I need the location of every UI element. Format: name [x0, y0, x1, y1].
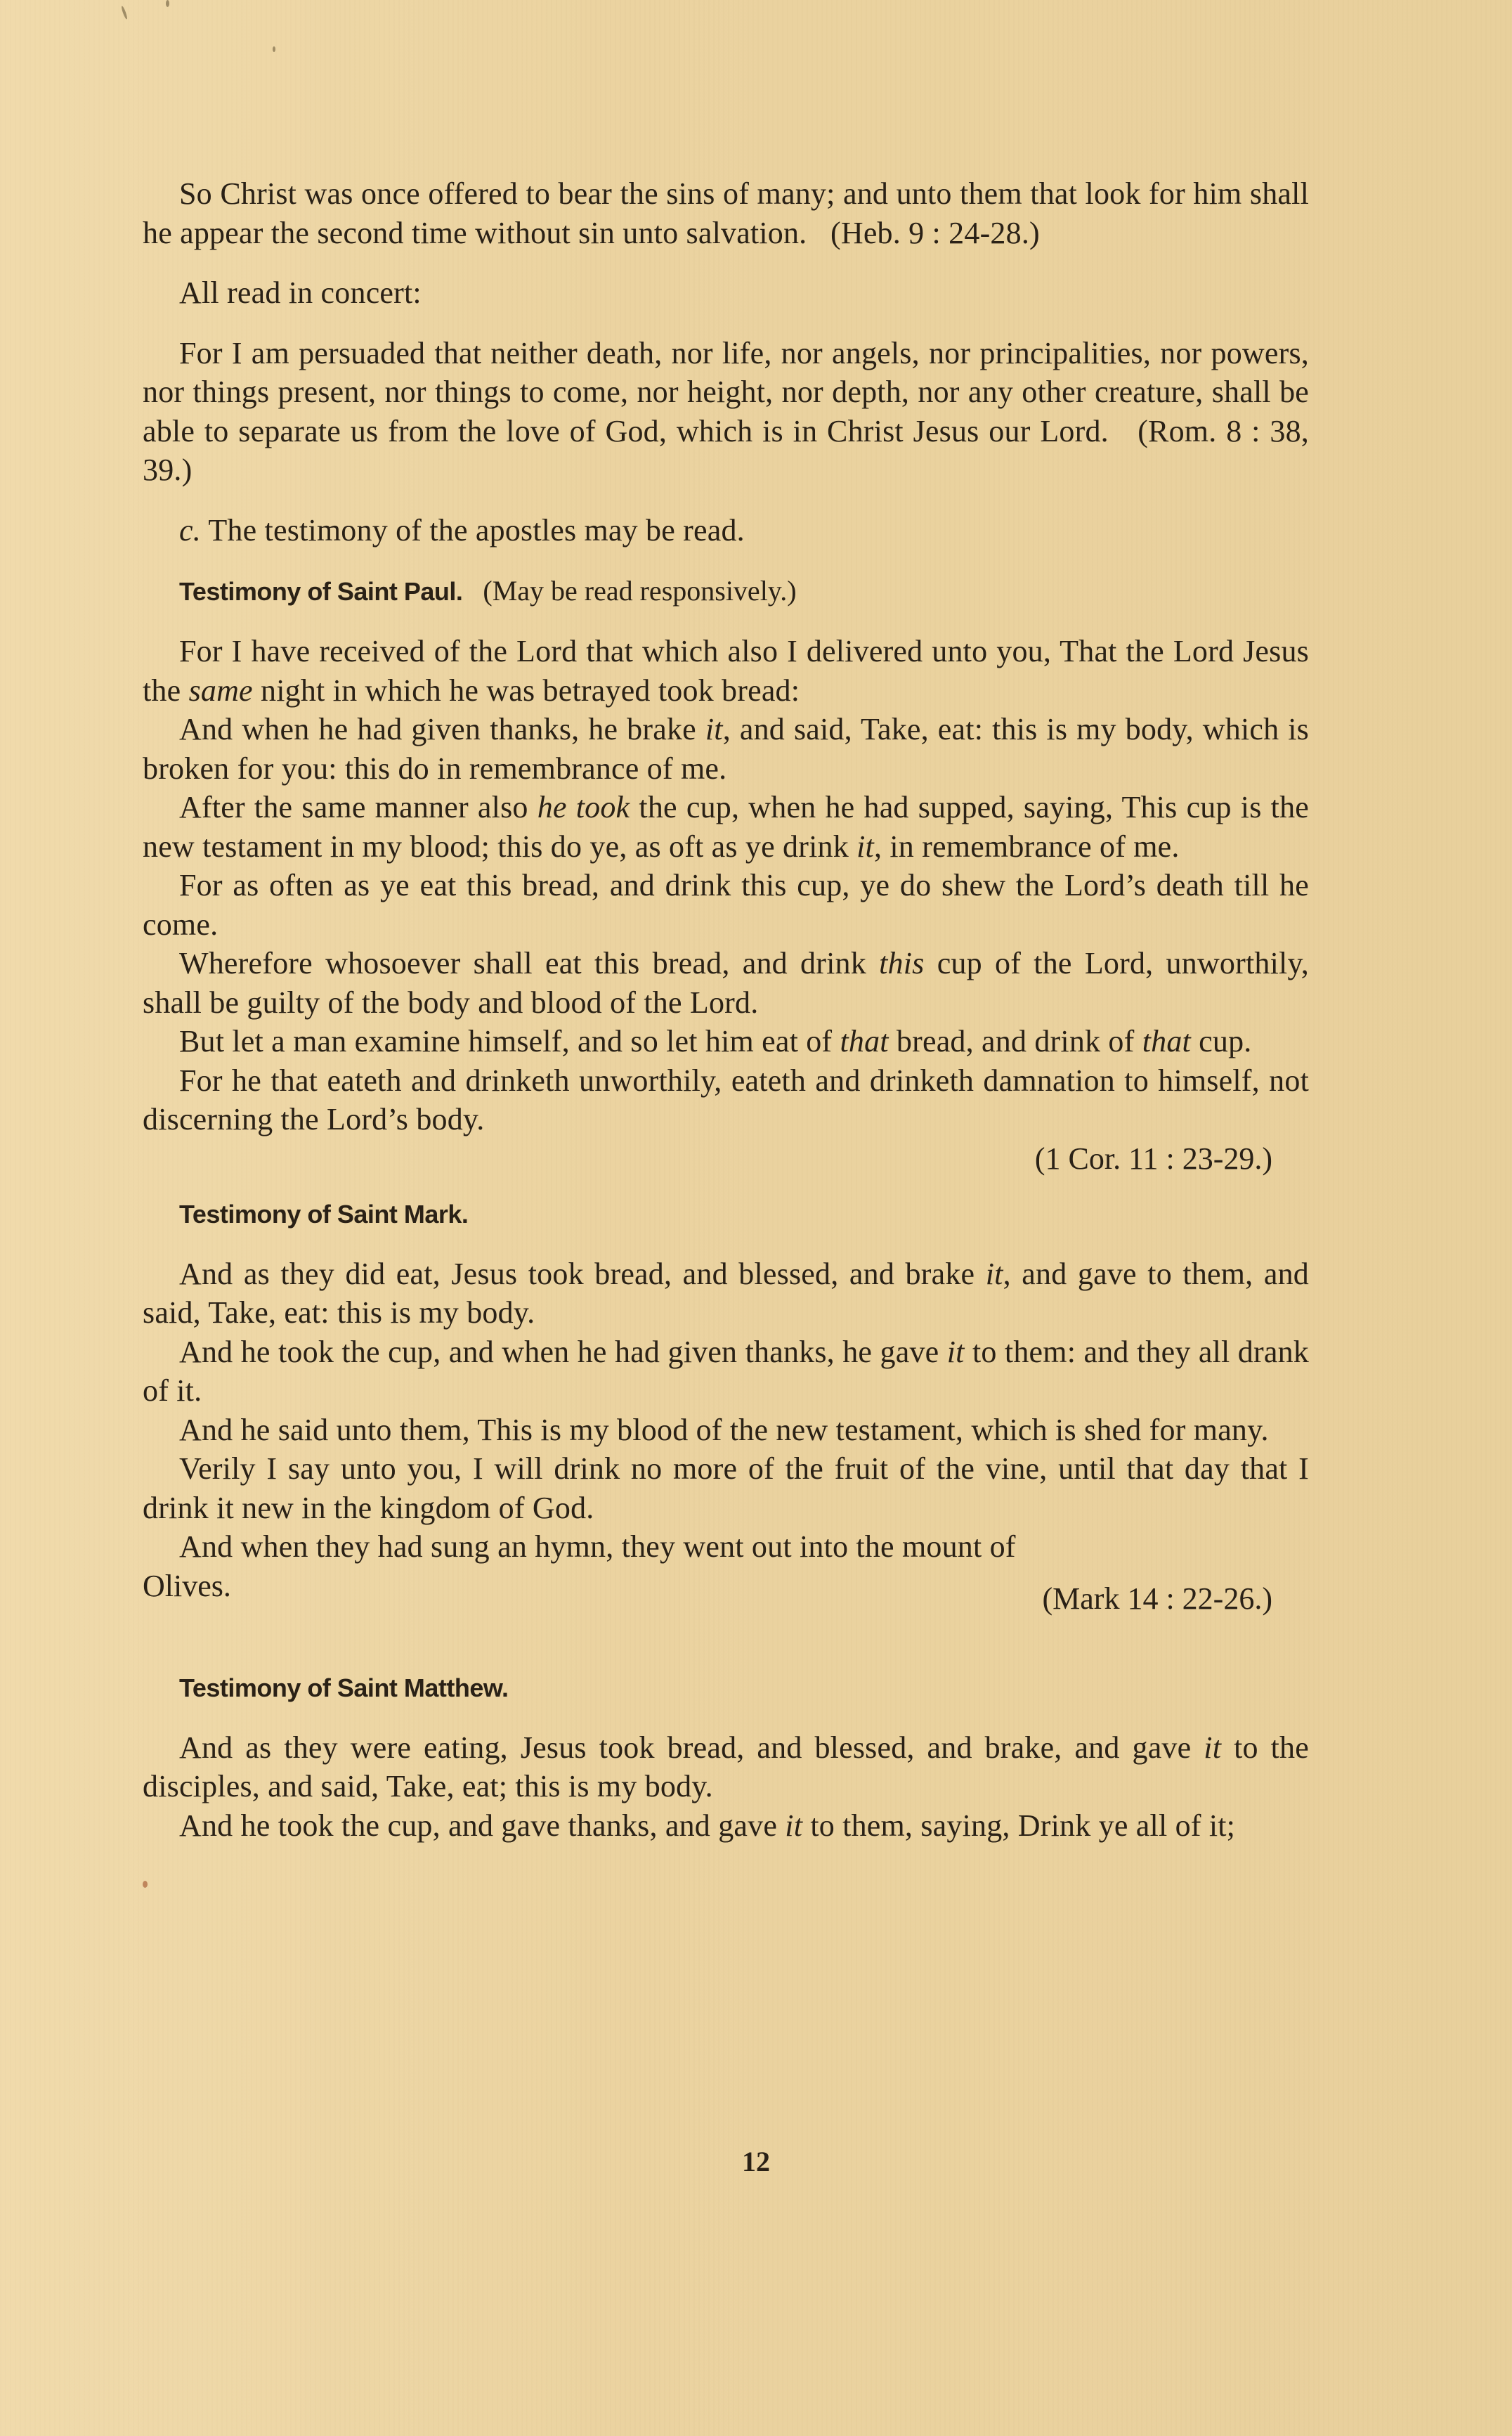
verse-text: night in which he was betrayed took brea… — [253, 673, 800, 708]
verse: And as they did eat, Jesus took bread, a… — [143, 1255, 1309, 1333]
section-heading-note: (May be read responsively.) — [483, 575, 796, 607]
paper-speck — [273, 46, 275, 52]
page-number: 12 — [0, 2145, 1512, 2178]
verse-text: After the same manner also — [179, 790, 537, 824]
verse-list: For I have received of the Lord that whi… — [143, 632, 1309, 1139]
verse-text: to them, saying, Drink ye all of it; — [802, 1808, 1235, 1843]
hebrews-reference: (Heb. 9 : 24-28.) — [830, 216, 1040, 250]
verse-text: And when he had given thanks, he brake — [179, 712, 705, 746]
verse-text: But let a man examine himself, and so le… — [179, 1024, 840, 1058]
verse: For I have received of the Lord that whi… — [143, 632, 1309, 710]
verse-text: cup. — [1191, 1024, 1252, 1058]
section-heading-line: Testimony of Saint Mark. — [179, 1193, 1309, 1233]
italic-word: it — [1204, 1730, 1221, 1765]
verse: For as often as ye eat this bread, and d… — [143, 866, 1309, 944]
verse: And when he had given thanks, he brake i… — [143, 710, 1309, 788]
verse-text: bread, and drink of — [889, 1024, 1142, 1058]
verse-list: And as they were eating, Jesus took brea… — [143, 1728, 1309, 1846]
section-heading: Testimony of Saint Matthew. — [179, 1673, 509, 1702]
section-heading-line: Testimony of Saint Matthew. — [179, 1667, 1309, 1707]
italic-word: it — [785, 1808, 802, 1843]
verse: And when they had sung an hymn, they wen… — [143, 1527, 1309, 1567]
verse-list: And as they did eat, Jesus took bread, a… — [143, 1255, 1309, 1567]
italic-word: it — [856, 829, 874, 864]
verse-text: And he took the cup, and when he had giv… — [179, 1335, 947, 1369]
verse-text: And he took the cup, and gave thanks, an… — [179, 1808, 785, 1843]
verse-text: And as they were eating, Jesus took brea… — [179, 1730, 1204, 1765]
verse-text: , in remembrance of me. — [874, 829, 1180, 864]
verse: But let a man examine himself, and so le… — [143, 1022, 1309, 1061]
apostles-instruction: c. The testimony of the apostles may be … — [143, 511, 1309, 550]
verse: And he took the cup, and gave thanks, an… — [143, 1806, 1309, 1846]
italic-word: that — [840, 1024, 888, 1058]
verse: For he that eateth and drinketh unworthi… — [143, 1061, 1309, 1139]
italic-word: it — [947, 1335, 965, 1369]
instruction-text: The testimony of the apostles may be rea… — [208, 513, 745, 548]
instruction-marker: c. — [179, 513, 201, 548]
romans-text: For I am persuaded that neither death, n… — [143, 336, 1309, 448]
romans-passage: For I am persuaded that neither death, n… — [143, 334, 1309, 490]
italic-word: same — [189, 673, 253, 708]
verse: Verily I say unto you, I will drink no m… — [143, 1449, 1309, 1527]
section-heading: Testimony of Saint Mark. — [179, 1200, 468, 1229]
italic-word: he took — [537, 790, 630, 824]
italic-word: this — [879, 946, 924, 980]
verse-text: And as they did eat, Jesus took bread, a… — [179, 1257, 986, 1291]
section-heading-line: Testimony of Saint Paul. (May be read re… — [179, 571, 1309, 611]
italic-word: it — [986, 1257, 1003, 1291]
scripture-reference: (1 Cor. 11 : 23-29.) — [143, 1139, 1309, 1178]
verse: And as they were eating, Jesus took brea… — [143, 1728, 1309, 1806]
closing-line: Olives. (Mark 14 : 22-26.) — [143, 1567, 1309, 1618]
verse-text: And he said unto them, This is my blood … — [179, 1413, 1269, 1447]
verse: Wherefore whosoever shall eat this bread… — [143, 944, 1309, 1022]
italic-word: that — [1142, 1024, 1191, 1058]
italic-word: it — [705, 712, 723, 746]
section-saint-matthew: Testimony of Saint Matthew. And as they … — [143, 1667, 1309, 1846]
verse: After the same manner also he took the c… — [143, 788, 1309, 866]
section-heading: Testimony of Saint Paul. — [179, 577, 462, 606]
hebrews-text: So Christ was once offered to bear the s… — [143, 176, 1309, 250]
verse: And he said unto them, This is my blood … — [143, 1411, 1309, 1450]
closing-word: Olives. — [143, 1567, 231, 1605]
verse-text: Wherefore whosoever shall eat this bread… — [179, 946, 879, 980]
verse-text: For as often as ye eat this bread, and d… — [143, 868, 1309, 942]
verse-text: And when they had sung an hymn, they wen… — [179, 1529, 1016, 1564]
concert-instruction: All read in concert: — [143, 273, 1309, 313]
document-page: So Christ was once offered to bear the s… — [143, 174, 1309, 1845]
verse: And he took the cup, and when he had giv… — [143, 1333, 1309, 1411]
section-saint-mark: Testimony of Saint Mark. And as they did… — [143, 1193, 1309, 1618]
verse-text: For he that eateth and drinketh unworthi… — [143, 1063, 1309, 1137]
section-saint-paul: Testimony of Saint Paul. (May be read re… — [143, 571, 1309, 1178]
scripture-reference: (Mark 14 : 22-26.) — [1043, 1579, 1310, 1618]
hebrews-passage: So Christ was once offered to bear the s… — [143, 174, 1309, 252]
paper-speck — [143, 1881, 148, 1888]
paper-speck — [166, 0, 169, 7]
paper-speck — [121, 6, 129, 20]
verse-text: Verily I say unto you, I will drink no m… — [143, 1451, 1309, 1525]
